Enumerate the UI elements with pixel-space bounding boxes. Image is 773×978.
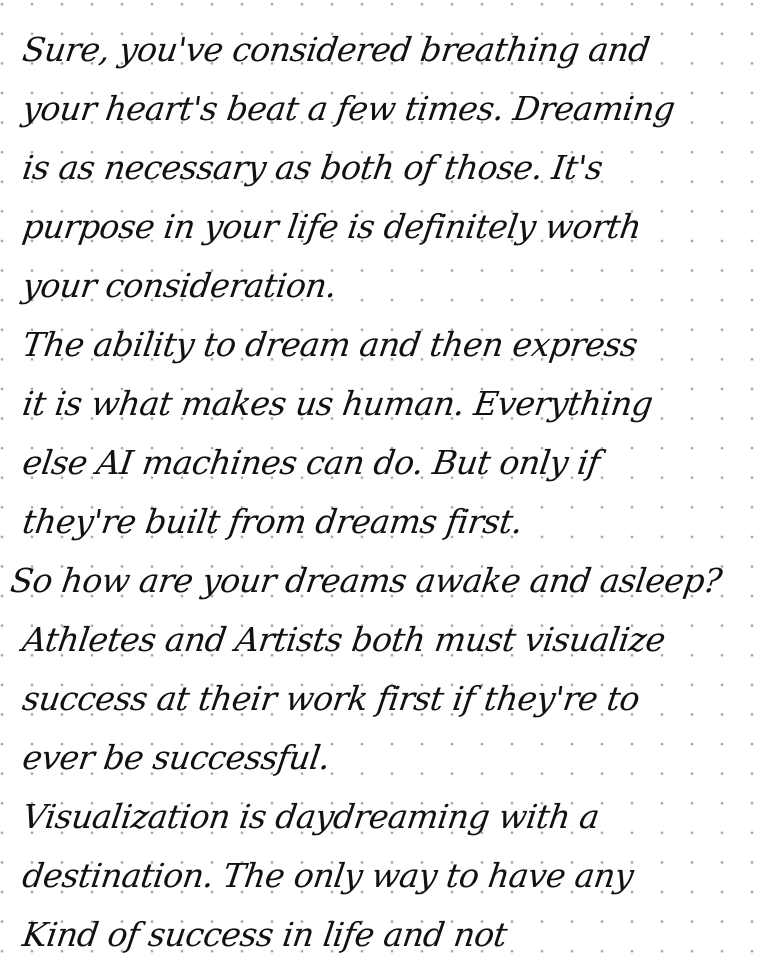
text-line: it is what makes us human. Everything [20,384,655,424]
text-line: else AI machines can do. But only if [20,443,602,483]
text-line: purpose in your life is definitely worth [20,207,643,247]
text-line: Visualization is daydreaming with a [20,797,602,837]
handwritten-text: Sure, you've considered breathing and yo… [0,0,773,978]
dot-grid-page: Sure, you've considered breathing and yo… [0,0,773,978]
text-line: Athletes and Artists both must visualize [20,620,668,660]
text-line: your heart's beat a few times. Dreaming [20,89,677,129]
text-line: Sure, you've considered breathing and [20,30,652,70]
text-line: The ability to dream and then express [20,325,640,365]
text-line: destination. The only way to have any [20,856,636,896]
text-line: ever be successful. [20,738,332,778]
text-line: success at their work first if they're t… [20,679,642,719]
text-line: So how are your dreams awake and asleep? [8,561,724,601]
text-line: your consideration. [20,266,339,306]
text-line: they're built from dreams first. [20,502,525,542]
text-line: Kind of success in life and not [20,915,509,955]
text-line: is as necessary as both of those. It's [20,148,605,188]
